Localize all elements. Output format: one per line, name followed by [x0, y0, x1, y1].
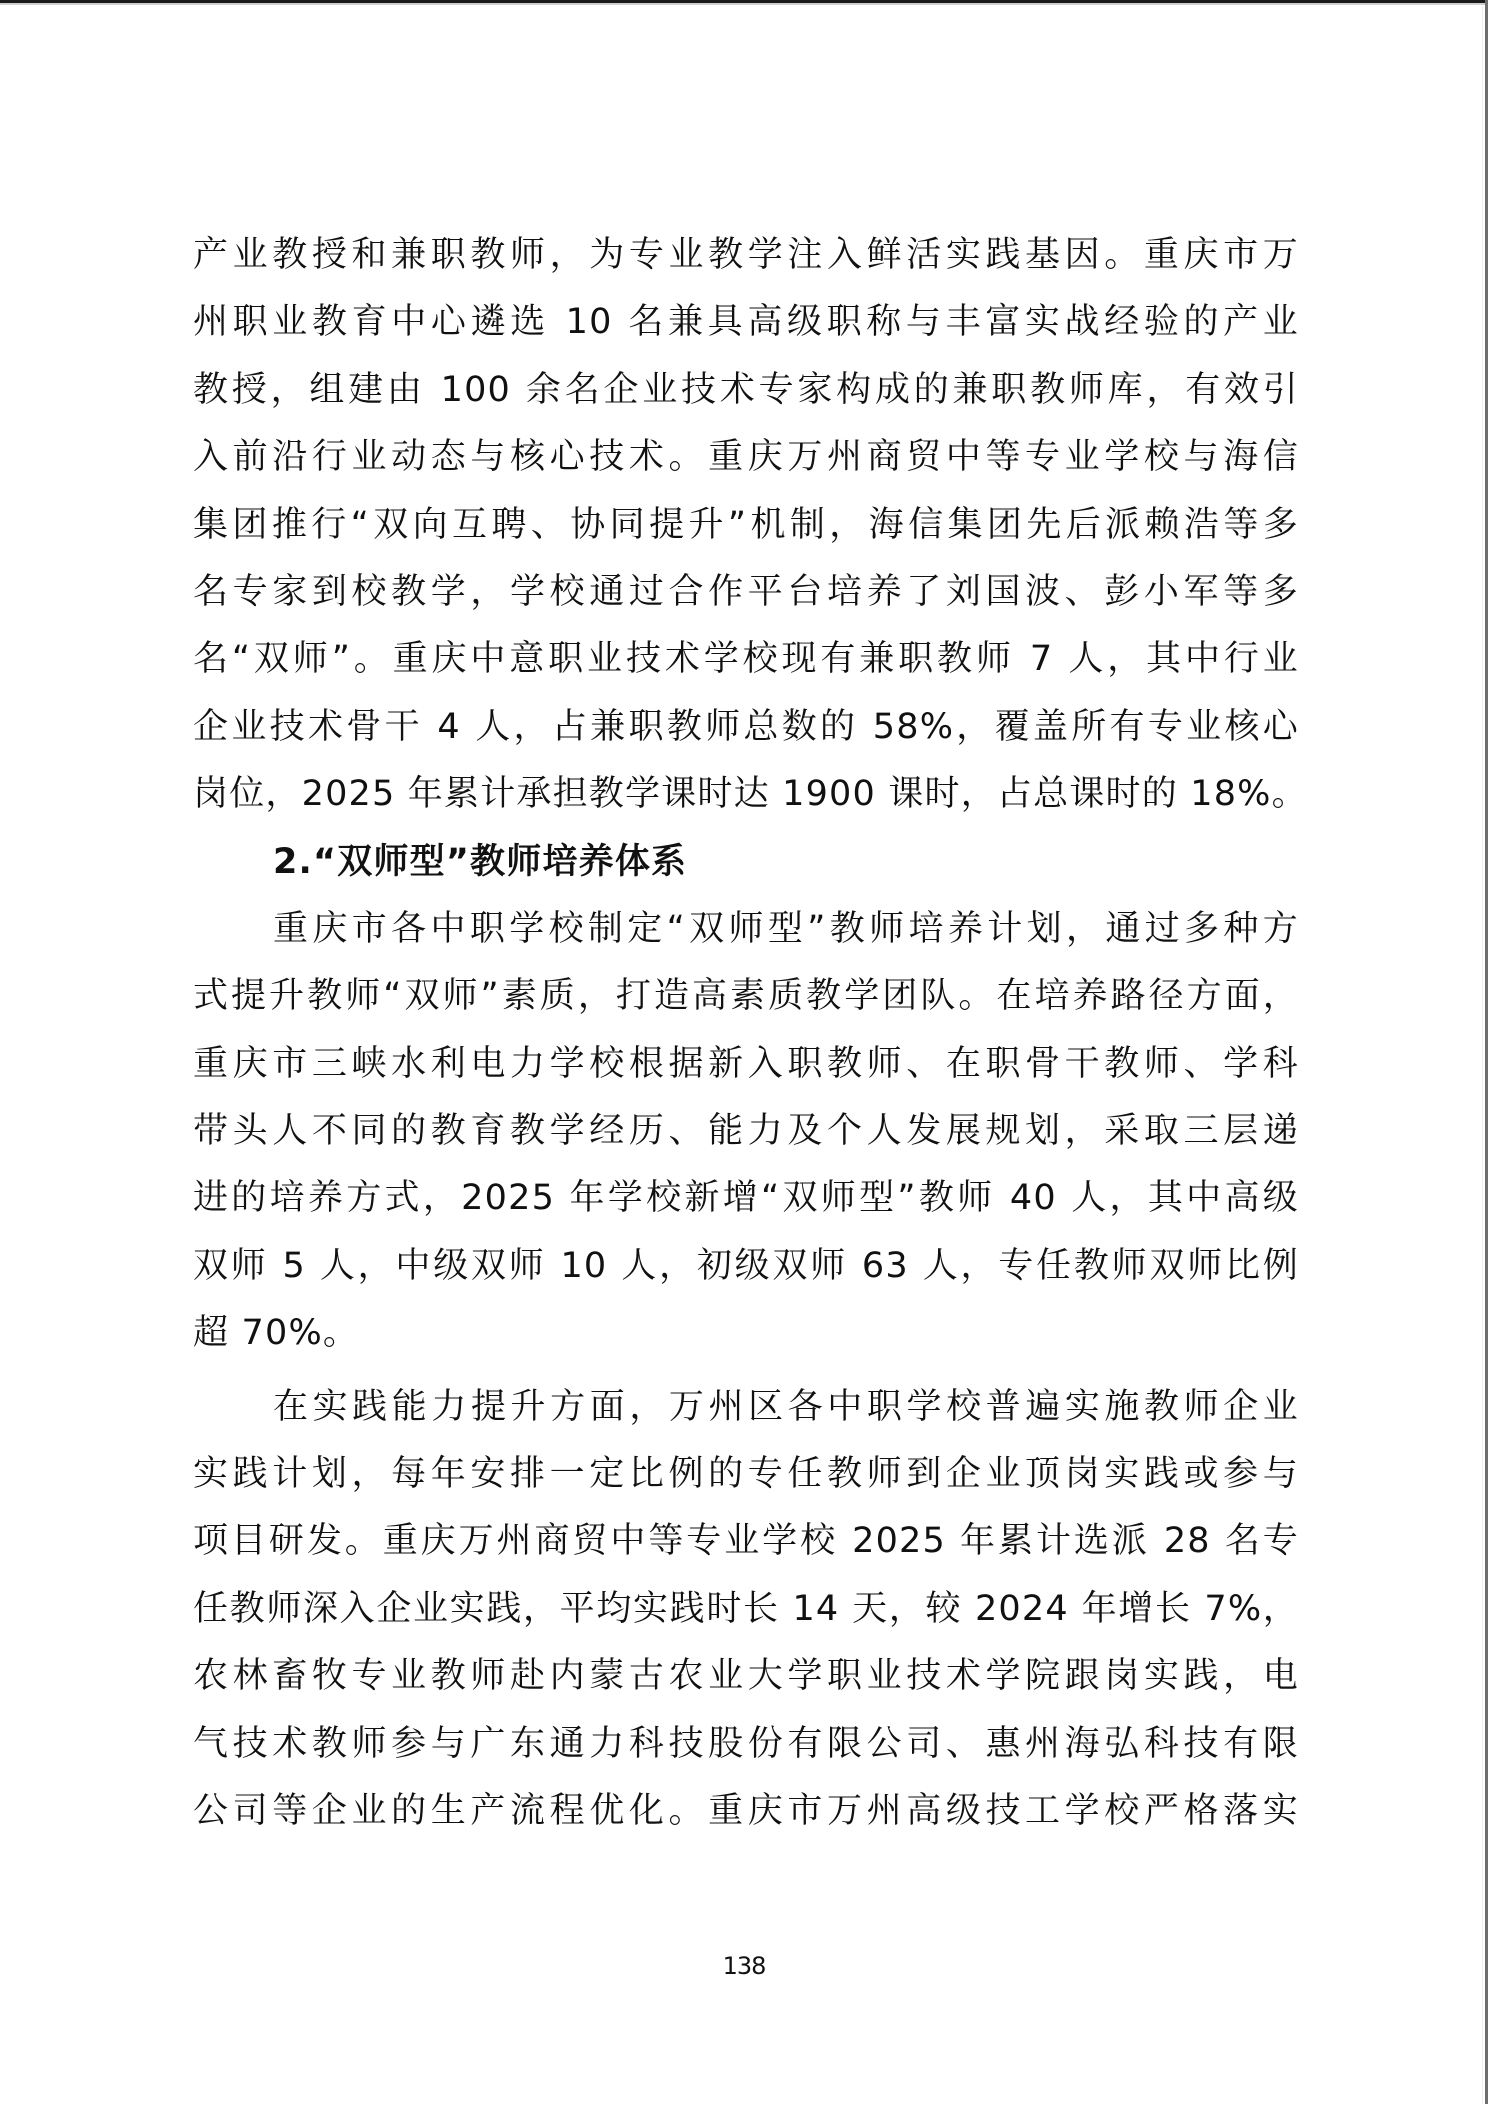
paragraph-part-time-teachers: 产业教授和兼职教师，为专业教学注入鲜活实践基因。重庆市万 州职业教育中心遴选 1…: [193, 222, 1299, 829]
text-line: 教授，组建由 100 余名企业技术专家构成的兼职教师库，有效引: [193, 357, 1299, 424]
page-top-border-shadow: [0, 3, 1488, 5]
text-line: 岗位，2025 年累计承担教学课时达 1900 课时，占总课时的 18%。: [193, 761, 1299, 828]
text-line: 任教师深入企业实践，平均实践时长 14 天，较 2024 年增长 7%，: [193, 1576, 1299, 1643]
text-line: 超 70%。: [193, 1300, 1299, 1367]
text-line: 重庆市各中职学校制定“双师型”教师培养计划，通过多种方: [193, 896, 1299, 963]
text-line: 集团推行“双向互聘、协同提升”机制，海信集团先后派赖浩等多: [193, 492, 1299, 559]
text-line: 实践计划，每年安排一定比例的专任教师到企业顶岗实践或参与: [193, 1441, 1299, 1508]
text-line: 式提升教师“双师”素质，打造高素质教学团队。在培养路径方面，: [193, 963, 1299, 1030]
text-line: 双师 5 人，中级双师 10 人，初级双师 63 人，专任教师双师比例: [193, 1233, 1299, 1300]
paragraph-practice-ability: 在实践能力提升方面，万州区各中职学校普遍实施教师企业 实践计划，每年安排一定比例…: [193, 1374, 1299, 1846]
page-number: 138: [0, 1952, 1488, 1980]
text-line: 气技术教师参与广东通力科技股份有限公司、惠州海弘科技有限: [193, 1711, 1299, 1778]
text-line: 进的培养方式，2025 年学校新增“双师型”教师 40 人，其中高级: [193, 1165, 1299, 1232]
page-right-border-inner: [1482, 6, 1483, 2104]
text-line: 产业教授和兼职教师，为专业教学注入鲜活实践基因。重庆市万: [193, 222, 1299, 289]
section-heading: 2.“双师型”教师培养体系: [193, 829, 1299, 896]
text-line: 在实践能力提升方面，万州区各中职学校普遍实施教师企业: [193, 1374, 1299, 1441]
text-line: 带头人不同的教育教学经历、能力及个人发展规划，采取三层递: [193, 1098, 1299, 1165]
text-line: 名专家到校教学，学校通过合作平台培养了刘国波、彭小军等多: [193, 559, 1299, 626]
text-line: 公司等企业的生产流程优化。重庆市万州高级技工学校严格落实: [193, 1778, 1299, 1845]
paragraph-dual-teacher-training: 重庆市各中职学校制定“双师型”教师培养计划，通过多种方 式提升教师“双师”素质，…: [193, 896, 1299, 1368]
text-line: 名“双师”。重庆中意职业技术学校现有兼职教师 7 人，其中行业: [193, 626, 1299, 693]
text-line: 州职业教育中心遴选 10 名兼具高级职称与丰富实战经验的产业: [193, 289, 1299, 356]
text-line: 企业技术骨干 4 人，占兼职教师总数的 58%，覆盖所有专业核心: [193, 694, 1299, 761]
text-line: 农林畜牧专业教师赴内蒙古农业大学职业技术学院跟岗实践，电: [193, 1643, 1299, 1710]
document-page: 产业教授和兼职教师，为专业教学注入鲜活实践基因。重庆市万 州职业教育中心遴选 1…: [193, 222, 1299, 1845]
text-line: 入前沿行业动态与核心技术。重庆万州商贸中等专业学校与海信: [193, 424, 1299, 491]
text-line: 项目研发。重庆万州商贸中等专业学校 2025 年累计选派 28 名专: [193, 1508, 1299, 1575]
text-line: 重庆市三峡水利电力学校根据新入职教师、在职骨干教师、学科: [193, 1031, 1299, 1098]
